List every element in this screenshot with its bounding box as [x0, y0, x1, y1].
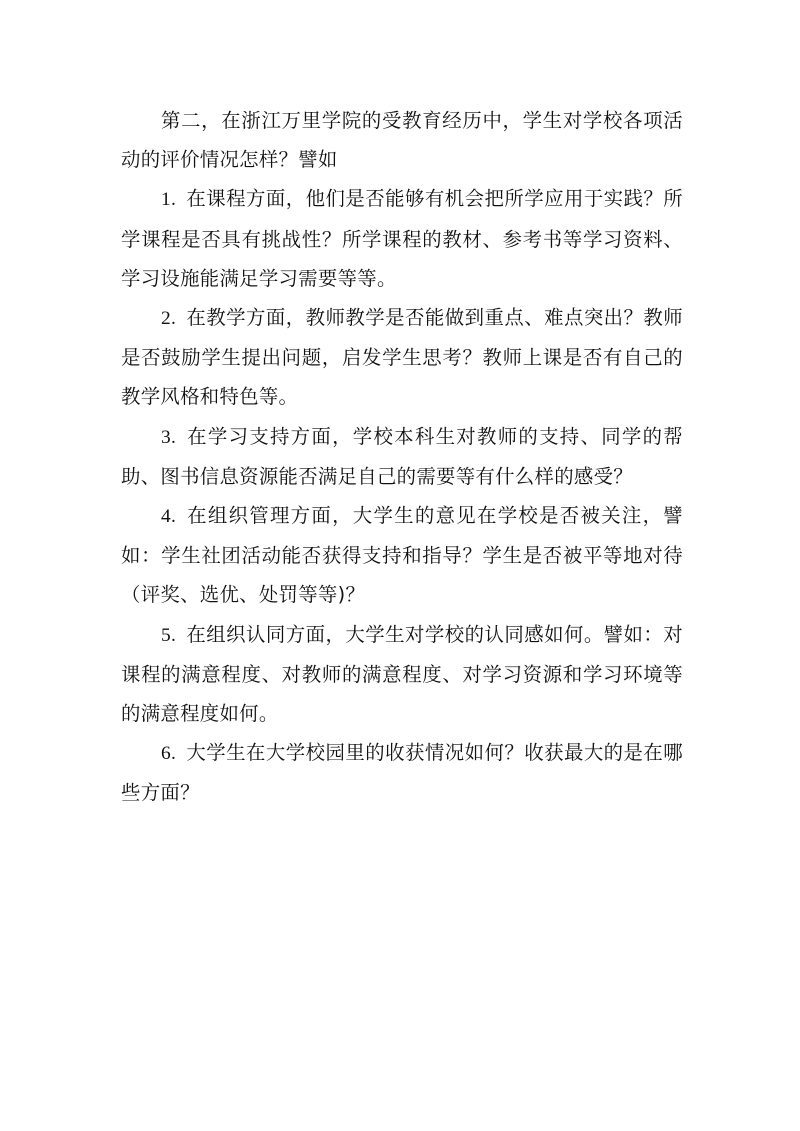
item-number: 5.	[161, 625, 176, 646]
item-number: 1.	[161, 189, 176, 210]
item-text: 在组织认同方面，大学生对学校的认同感如何。譬如：对课程的满意程度、对教师的满意程…	[121, 623, 683, 725]
list-item-4: 4.在组织管理方面，大学生的意见在学校是否被关注，譬如：学生社团活动能否获得支持…	[121, 496, 683, 615]
item-number: 2.	[161, 308, 176, 329]
item-text: 大学生在大学校园里的收获情况如何？收获最大的是在哪些方面？	[121, 741, 683, 804]
item-text: 在组织管理方面，大学生的意见在学校是否被关注，譬如：学生社团活动能否获得支持和指…	[121, 504, 683, 606]
item-text: 在教学方面，教师教学是否能做到重点、难点突出？教师是否鼓励学生提出问题，启发学生…	[121, 306, 683, 408]
list-item-1: 1.在课程方面，他们是否能够有机会把所学应用于实践？所学课程是否具有挑战性？所学…	[121, 179, 683, 298]
item-number: 3.	[161, 427, 176, 448]
document-page: 第二，在浙江万里学院的受教育经历中，学生对学校各项活动的评价情况怎样？譬如 1.…	[121, 101, 683, 813]
item-number: 6.	[161, 743, 176, 764]
item-number: 4.	[161, 506, 176, 527]
item-text: 在学习支持方面，学校本科生对教师的支持、同学的帮助、图书信息资源能否满足自己的需…	[121, 425, 683, 488]
list-item-3: 3.在学习支持方面，学校本科生对教师的支持、同学的帮助、图书信息资源能否满足自己…	[121, 417, 683, 496]
intro-paragraph: 第二，在浙江万里学院的受教育经历中，学生对学校各项活动的评价情况怎样？譬如	[121, 101, 683, 179]
list-item-6: 6.大学生在大学校园里的收获情况如何？收获最大的是在哪些方面？	[121, 733, 683, 812]
list-item-5: 5.在组织认同方面，大学生对学校的认同感如何。譬如：对课程的满意程度、对教师的满…	[121, 615, 683, 734]
item-text: 在课程方面，他们是否能够有机会把所学应用于实践？所学课程是否具有挑战性？所学课程…	[121, 187, 683, 289]
list-item-2: 2.在教学方面，教师教学是否能做到重点、难点突出？教师是否鼓励学生提出问题，启发…	[121, 298, 683, 417]
